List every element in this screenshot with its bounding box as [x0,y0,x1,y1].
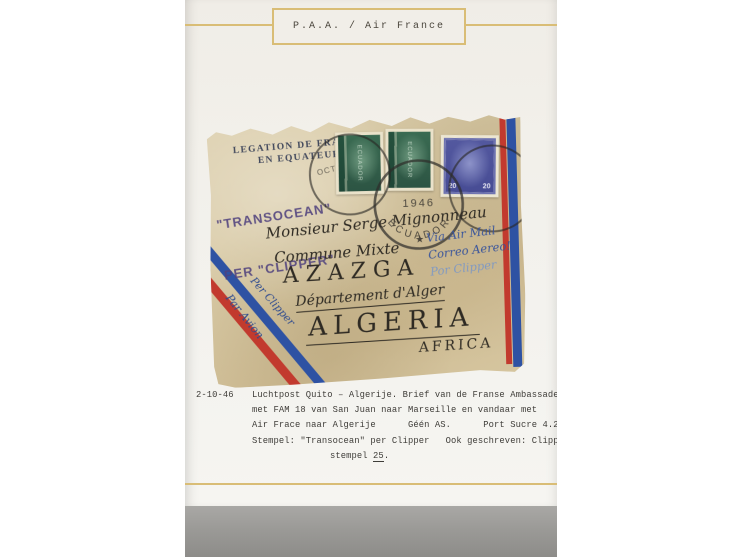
caption-line5-post: . [384,451,389,461]
postmark-month: OCT [316,164,337,177]
postmark-star-icon: ★ [415,234,424,245]
title-box: P.A.A. / Air France [272,8,466,45]
desk-surface [185,506,557,557]
album-page: P.A.A. / Air France LEGATION DE FRANCE E… [185,0,557,506]
caption-line5-number: 25 [373,451,384,462]
address-continent: AFRICA [419,335,494,356]
screenshot: P.A.A. / Air France LEGATION DE FRANCE E… [0,0,740,557]
caption-lines: Luchtpost Quito – Algerije. Brief van de… [252,388,557,464]
album-page-photo: P.A.A. / Air France LEGATION DE FRANCE E… [185,0,557,557]
page-title: P.A.A. / Air France [293,21,445,32]
caption-date: 2-10-46 [196,388,234,403]
caption-line-4: Stempel: "Transocean" per Clipper Ook ge… [252,434,557,449]
caption-line-5: stempel 25. [330,449,557,464]
caption-line5-pre: stempel [330,451,373,461]
envelope: LEGATION DE FRANCE EN EQUATEUR "TRANSOCE… [206,112,527,389]
airmail-notes: Via Air Mail Correo Aereo! Por Clipper [425,221,513,281]
caption-line-1: Luchtpost Quito – Algerije. Brief van de… [252,388,557,403]
caption-line-3: Air Frace naar Algerije Géén AS. Port Su… [252,418,557,433]
caption-line-2: met FAM 18 van San Juan naar Marseille e… [252,403,557,418]
gold-rule-bottom [185,483,557,485]
